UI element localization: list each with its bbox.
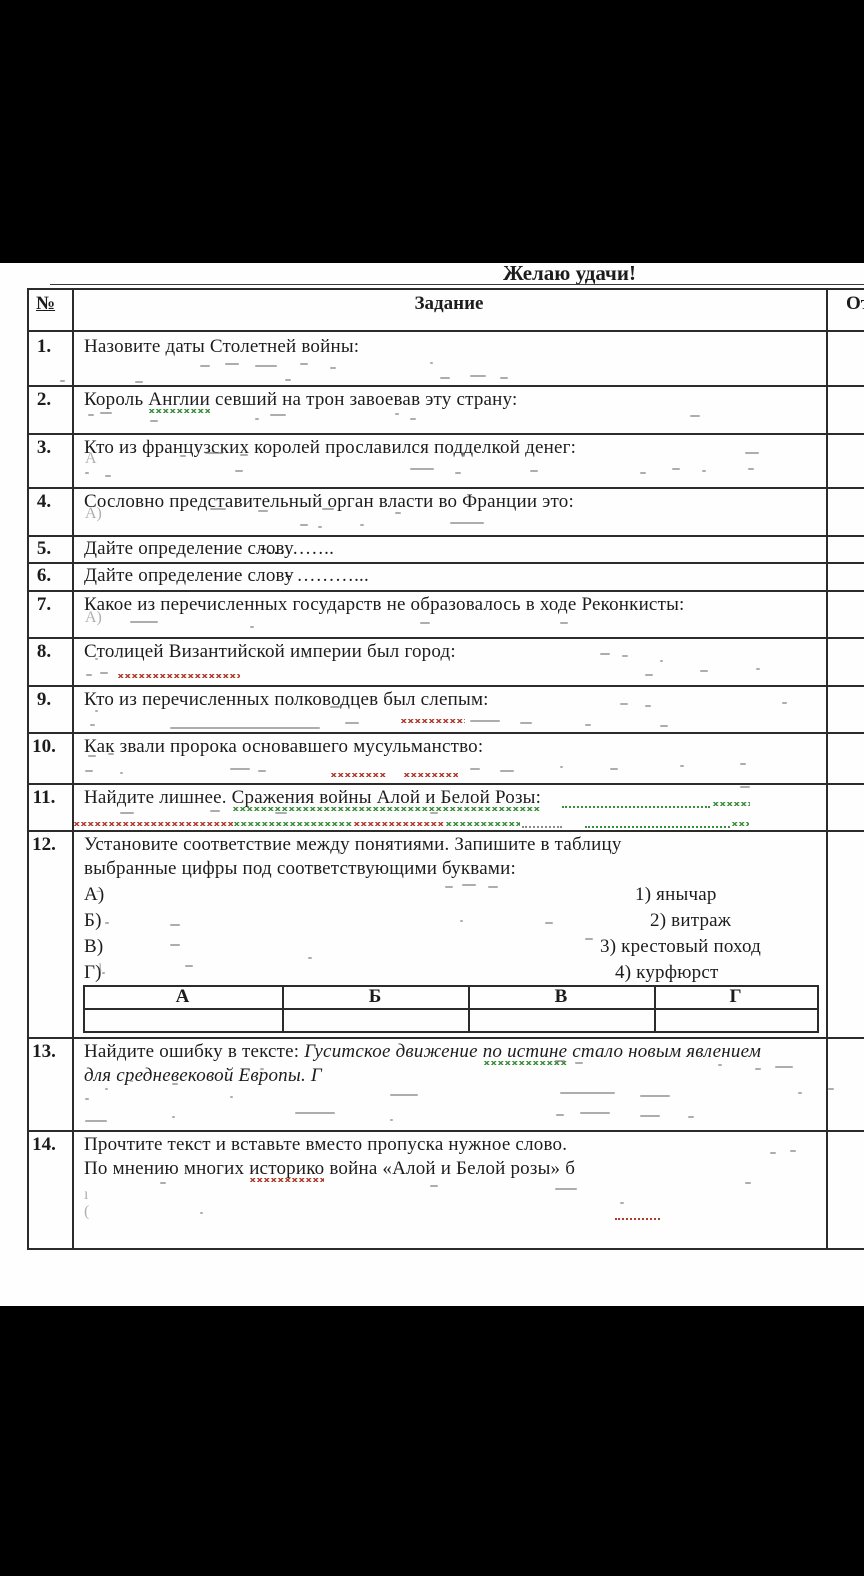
squiggle-underline bbox=[400, 719, 465, 723]
erased-text-remnant bbox=[300, 524, 308, 526]
erased-text-remnant bbox=[258, 510, 268, 512]
erased-text-remnant bbox=[108, 753, 114, 755]
match-item: 4) курфюрст bbox=[615, 962, 718, 984]
erased-text-remnant bbox=[556, 1114, 564, 1116]
erased-text-remnant bbox=[330, 367, 336, 369]
erased-text-remnant bbox=[688, 1116, 694, 1118]
ghost-glyph: - bbox=[96, 882, 101, 900]
erased-text-remnant bbox=[756, 668, 760, 670]
bottom-letterbox-bar bbox=[0, 1306, 864, 1576]
grid-header: Г bbox=[654, 986, 817, 1008]
task-text: Кто из французских королей прославился п… bbox=[84, 437, 576, 459]
ghost-glyph: А) bbox=[85, 505, 102, 523]
task-text: выбранные цифры под соответствующими бук… bbox=[84, 858, 516, 880]
erased-text-remnant bbox=[100, 412, 112, 414]
erased-text-remnant bbox=[160, 1182, 166, 1184]
row-number: 4. bbox=[27, 491, 61, 513]
grid-header: В bbox=[468, 986, 654, 1008]
match-letter: А) bbox=[84, 884, 104, 906]
squiggle-underline bbox=[615, 1216, 660, 1220]
ghost-glyph: А) bbox=[85, 609, 102, 627]
row-number: 9. bbox=[27, 689, 61, 711]
erased-text-remnant bbox=[88, 414, 94, 416]
erased-text-remnant bbox=[318, 526, 322, 528]
erased-text-remnant bbox=[700, 670, 708, 672]
erased-text-remnant bbox=[680, 765, 684, 767]
spellcheck-green: Сражения войны Алой и Белой Розы: bbox=[232, 787, 541, 811]
erased-text-remnant bbox=[260, 1068, 264, 1070]
erased-text-remnant bbox=[172, 1083, 178, 1085]
erased-text-remnant bbox=[420, 622, 430, 624]
task-text: для средневековой Европы. Г bbox=[84, 1065, 322, 1087]
erased-text-remnant bbox=[745, 452, 759, 454]
erased-text-remnant bbox=[95, 710, 98, 712]
erased-text-remnant bbox=[180, 455, 186, 457]
erased-text-remnant bbox=[798, 1092, 802, 1094]
erased-text-remnant bbox=[782, 702, 787, 704]
erased-text-remnant bbox=[258, 770, 266, 772]
task-text: Прочтите текст и вставьте вместо пропуск… bbox=[84, 1134, 567, 1156]
erased-text-remnant bbox=[545, 922, 553, 924]
squiggle-underline bbox=[445, 822, 520, 826]
erased-text-remnant bbox=[460, 920, 463, 922]
row-number: 14. bbox=[27, 1134, 61, 1156]
erased-text-remnant bbox=[740, 763, 746, 765]
erased-text-remnant bbox=[210, 508, 226, 510]
erased-text-remnant bbox=[95, 658, 98, 660]
match-item: 3) крестовый поход bbox=[600, 936, 761, 958]
ghost-glyph: А bbox=[85, 450, 97, 468]
erased-text-remnant bbox=[395, 512, 401, 514]
erased-text-remnant bbox=[430, 1185, 438, 1187]
row-number: 1. bbox=[27, 336, 61, 358]
erased-text-remnant bbox=[560, 1092, 615, 1094]
erased-text-remnant bbox=[445, 886, 453, 888]
erased-text-remnant bbox=[235, 470, 243, 472]
match-item: 2) витраж bbox=[650, 910, 731, 932]
erased-text-remnant bbox=[748, 468, 754, 470]
match-letter: В) bbox=[84, 936, 103, 958]
erased-text-remnant bbox=[170, 944, 180, 946]
page-title: Желаю удачи! bbox=[503, 261, 636, 286]
erased-text-remnant bbox=[440, 377, 450, 379]
erased-text-remnant bbox=[585, 724, 591, 726]
row-number: 12. bbox=[27, 834, 61, 856]
task-text: По мнению многих историко война «Алой и … bbox=[84, 1158, 575, 1180]
erased-text-remnant bbox=[285, 379, 291, 381]
erased-text-remnant bbox=[230, 1096, 233, 1098]
erased-text-remnant bbox=[86, 674, 92, 676]
squiggle-underline bbox=[117, 674, 240, 678]
definition-blank: - ………... bbox=[285, 565, 369, 587]
task-text: Король Англии севший на трон завоевав эт… bbox=[84, 389, 517, 411]
erased-text-remnant bbox=[660, 660, 663, 662]
erased-text-remnant bbox=[295, 1112, 335, 1114]
task-text: Найдите лишнее. Сражения войны Алой и Бе… bbox=[84, 787, 541, 809]
task-text: Как звали пророка основавшего мусульманс… bbox=[84, 736, 483, 758]
erased-text-remnant bbox=[322, 508, 334, 510]
match-item: 1) янычар bbox=[635, 884, 717, 906]
erased-text-remnant bbox=[170, 924, 180, 926]
col-header-task: Задание bbox=[72, 293, 826, 315]
erased-text-remnant bbox=[120, 772, 123, 774]
erased-text-remnant bbox=[330, 706, 340, 708]
erased-text-remnant bbox=[225, 363, 239, 365]
erased-text-remnant bbox=[60, 380, 65, 382]
erased-text-remnant bbox=[530, 470, 538, 472]
erased-text-remnant bbox=[702, 470, 706, 472]
erased-text-remnant bbox=[185, 965, 193, 967]
col-header-answer: Ответ bbox=[846, 293, 864, 315]
erased-text-remnant bbox=[172, 1116, 175, 1118]
erased-text-remnant bbox=[120, 656, 123, 658]
squiggle-underline bbox=[712, 802, 750, 806]
erased-text-remnant bbox=[85, 1098, 89, 1100]
task-text: Установите соответствие между понятиями.… bbox=[84, 834, 622, 856]
squiggle-underline bbox=[233, 822, 353, 826]
erased-text-remnant bbox=[430, 362, 433, 364]
task-text: Дайте определение слову bbox=[84, 565, 294, 587]
squiggle-underline bbox=[403, 773, 458, 777]
erased-text-remnant bbox=[305, 656, 308, 658]
erased-text-remnant bbox=[85, 1120, 107, 1122]
squiggle-underline bbox=[522, 824, 562, 828]
squiggle-underline bbox=[353, 822, 445, 826]
row-number: 6. bbox=[27, 565, 61, 587]
erased-text-remnant bbox=[270, 414, 286, 416]
erased-text-remnant bbox=[470, 720, 500, 722]
spellcheck-green: Англии bbox=[148, 389, 210, 413]
spellcheck-red: историко bbox=[249, 1158, 324, 1182]
erased-text-remnant bbox=[500, 377, 508, 379]
erased-text-remnant bbox=[470, 375, 486, 377]
match-letter: Б) bbox=[84, 910, 102, 932]
col-header-number: № bbox=[36, 293, 55, 315]
grid-header: А bbox=[83, 986, 282, 1008]
erased-text-remnant bbox=[555, 1060, 565, 1062]
erased-text-remnant bbox=[740, 786, 750, 788]
row-number: 5. bbox=[27, 538, 61, 560]
erased-text-remnant bbox=[250, 626, 254, 628]
squiggle-underline bbox=[562, 804, 710, 808]
erased-text-remnant bbox=[100, 672, 108, 674]
grid-header: Б bbox=[282, 986, 468, 1008]
erased-text-remnant bbox=[555, 1188, 577, 1190]
definition-blank: -……….. bbox=[260, 538, 334, 560]
erased-text-remnant bbox=[672, 468, 680, 470]
row-number: 3. bbox=[27, 437, 61, 459]
erased-text-remnant bbox=[130, 1080, 133, 1082]
erased-text-remnant bbox=[205, 452, 223, 454]
erased-text-remnant bbox=[520, 722, 532, 724]
title-underline bbox=[50, 284, 864, 285]
erased-text-remnant bbox=[775, 1066, 793, 1068]
erased-text-remnant bbox=[718, 1064, 722, 1066]
row-number: 7. bbox=[27, 594, 61, 616]
erased-text-remnant bbox=[790, 1150, 796, 1152]
erased-text-remnant bbox=[470, 768, 480, 770]
erased-text-remnant bbox=[85, 472, 89, 474]
erased-text-remnant bbox=[105, 475, 111, 477]
task-text: Назовите даты Столетней войны: bbox=[84, 336, 359, 358]
erased-text-remnant bbox=[300, 363, 308, 365]
erased-text-remnant bbox=[645, 705, 651, 707]
erased-text-remnant bbox=[275, 812, 287, 814]
erased-text-remnant bbox=[660, 725, 668, 727]
erased-text-remnant bbox=[580, 1112, 610, 1114]
squiggle-underline bbox=[330, 773, 386, 777]
erased-text-remnant bbox=[450, 522, 484, 524]
erased-text-remnant bbox=[200, 365, 210, 367]
erased-text-remnant bbox=[240, 454, 248, 456]
erased-text-remnant bbox=[455, 472, 461, 474]
erased-text-remnant bbox=[430, 812, 438, 814]
erased-text-remnant bbox=[308, 957, 312, 959]
erased-text-remnant bbox=[255, 365, 277, 367]
ghost-glyph: ı bbox=[98, 958, 102, 976]
task-text: Какое из перечисленных государств не обр… bbox=[84, 594, 685, 616]
erased-text-remnant bbox=[640, 1095, 670, 1097]
erased-text-remnant bbox=[600, 653, 610, 655]
erased-text-remnant bbox=[230, 768, 250, 770]
erased-text-remnant bbox=[640, 1115, 660, 1117]
erased-text-remnant bbox=[622, 655, 628, 657]
erased-text-remnant bbox=[690, 415, 700, 417]
squiggle-underline bbox=[731, 822, 749, 826]
erased-text-remnant bbox=[390, 1094, 418, 1096]
erased-text-remnant bbox=[500, 770, 514, 772]
erased-text-remnant bbox=[105, 922, 109, 924]
erased-text-remnant bbox=[120, 812, 134, 814]
erased-text-remnant bbox=[210, 810, 220, 812]
erased-text-remnant bbox=[620, 703, 628, 705]
erased-text-remnant bbox=[640, 472, 646, 474]
row-number: 2. bbox=[27, 389, 61, 411]
erased-text-remnant bbox=[560, 766, 563, 768]
erased-text-remnant bbox=[488, 886, 498, 888]
erased-text-remnant bbox=[90, 724, 95, 726]
erased-text-remnant bbox=[105, 1088, 108, 1090]
row-number: 13. bbox=[27, 1041, 61, 1063]
squiggle-underline bbox=[73, 822, 233, 826]
erased-text-remnant bbox=[200, 1212, 203, 1214]
row-number: 8. bbox=[27, 641, 61, 663]
erased-text-remnant bbox=[560, 622, 568, 624]
erased-text-remnant bbox=[770, 1152, 776, 1154]
erased-text-remnant bbox=[410, 468, 434, 470]
erased-text-remnant bbox=[620, 1202, 624, 1204]
erased-text-remnant bbox=[745, 1182, 751, 1184]
erased-text-remnant bbox=[150, 420, 158, 422]
erased-text-remnant bbox=[170, 727, 320, 729]
erased-text-remnant bbox=[585, 938, 593, 940]
erased-text-remnant bbox=[360, 524, 364, 526]
top-letterbox-bar bbox=[0, 0, 864, 263]
task-text: Столицей Византийской империи был город: bbox=[84, 641, 456, 663]
document-page: Желаю удачи! № Задание Ответ 1. 2. 3. 4.… bbox=[0, 0, 864, 1576]
erased-text-remnant bbox=[462, 884, 476, 886]
row-number: 11. bbox=[27, 787, 61, 809]
ghost-glyph: ı bbox=[84, 1186, 88, 1204]
erased-text-remnant bbox=[130, 621, 158, 623]
erased-text-remnant bbox=[88, 755, 96, 757]
erased-text-remnant bbox=[645, 674, 653, 676]
erased-text-remnant bbox=[395, 413, 399, 415]
erased-text-remnant bbox=[85, 770, 93, 772]
row-number: 10. bbox=[27, 736, 61, 758]
erased-text-remnant bbox=[755, 1068, 761, 1070]
ghost-glyph: ( bbox=[84, 1203, 89, 1221]
erased-text-remnant bbox=[390, 1119, 393, 1121]
squiggle-underline bbox=[585, 824, 730, 828]
erased-text-remnant bbox=[610, 768, 618, 770]
erased-text-remnant bbox=[345, 722, 359, 724]
task-text: Кто из перечисленных полководцев был сле… bbox=[84, 689, 489, 711]
erased-text-remnant bbox=[575, 1062, 583, 1064]
erased-text-remnant bbox=[135, 381, 143, 383]
erased-text-remnant bbox=[410, 418, 416, 420]
task-text: Найдите ошибку в тексте: Гуситское движе… bbox=[84, 1041, 761, 1063]
erased-text-remnant bbox=[255, 418, 259, 420]
erased-text-remnant bbox=[828, 1088, 834, 1090]
